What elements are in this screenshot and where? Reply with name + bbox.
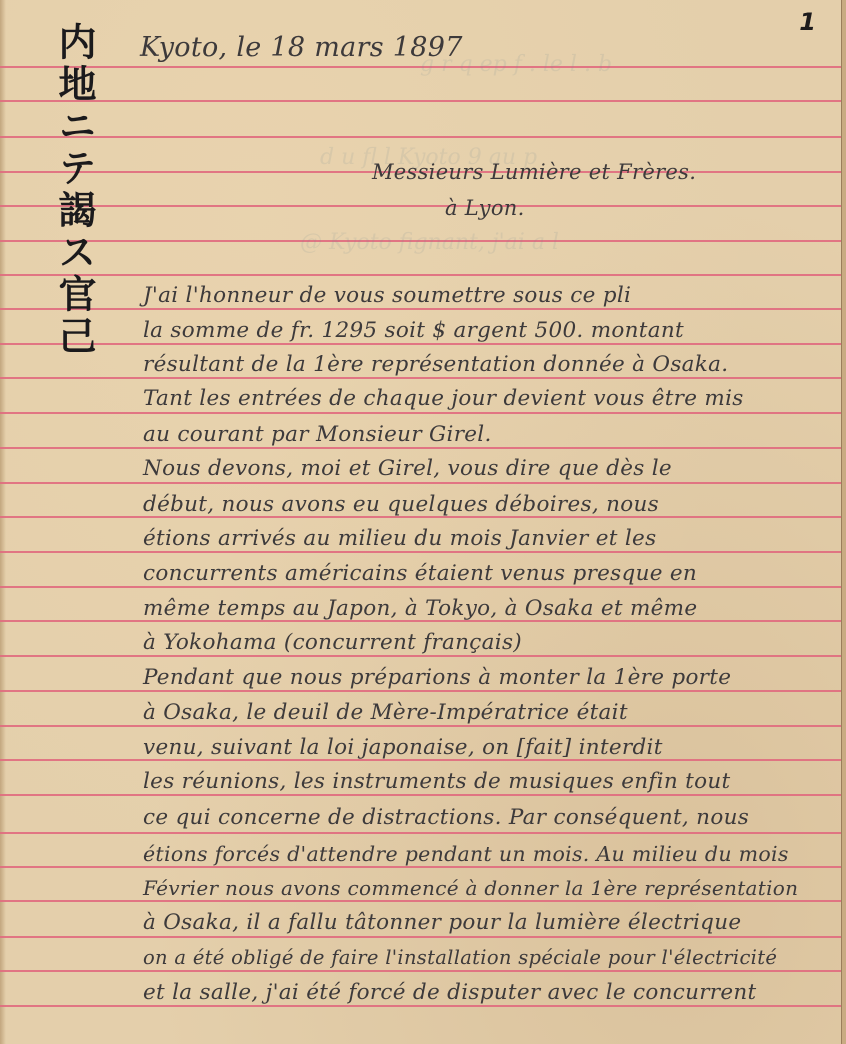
body-line: Pendant que nous préparions à monter la … [143, 665, 731, 690]
ruled-line [0, 1005, 842, 1007]
japanese-margin-annotation: 内地ニテ謁ス官己 [40, 22, 100, 358]
body-line: résultant de la 1ère représentation donn… [143, 352, 728, 377]
body-line: concurrents américains étaient venus pre… [143, 561, 697, 586]
ruled-line [0, 794, 842, 796]
body-line: à Osaka, le deuil de Mère-Impératrice ét… [143, 700, 628, 725]
body-line: étions arrivés au milieu du mois Janvier… [143, 526, 656, 551]
body-line: à Yokohama (concurrent français) [143, 630, 522, 655]
ruled-line [0, 308, 842, 310]
ruled-line [0, 447, 842, 449]
body-line: même temps au Japon, à Tokyo, à Osaka et… [143, 596, 697, 621]
body-line: étions forcés d'attendre pendant un mois… [143, 842, 789, 866]
body-line: Février nous avons commencé à donner la … [143, 876, 798, 900]
page-number: 1 [799, 8, 816, 36]
ruled-line [0, 725, 842, 727]
date-line: Kyoto, le 18 mars 1897 [140, 32, 463, 63]
body-line: et la salle, j'ai été forcé de disputer … [143, 980, 757, 1005]
ruled-line [0, 832, 842, 834]
ruled-line [0, 205, 842, 207]
body-line: on a été obligé de faire l'installation … [143, 946, 777, 969]
body-line: au courant par Monsieur Girel. [143, 422, 492, 447]
body-line: Tant les entrées de chaque jour devient … [143, 386, 744, 411]
body-line: la somme de fr. 1295 soit $ argent 500. … [143, 318, 684, 343]
bleed-through-text: @ Kyoto fignant, j'ai a l [300, 230, 559, 255]
ruled-line [0, 412, 842, 414]
ruled-line [0, 655, 842, 657]
ruled-line [0, 690, 842, 692]
body-line: Nous devons, moi et Girel, vous dire que… [143, 456, 672, 481]
addressee: Messieurs Lumière et Frères. [372, 160, 696, 184]
ruled-line [0, 551, 842, 553]
addressee-city: à Lyon. [445, 196, 525, 220]
letter-page: g r q ep f . le l . b d u fl l Kyoto 9 a… [0, 0, 846, 1044]
body-line: à Osaka, il a fallu tâtonner pour la lum… [143, 910, 741, 935]
body-line: début, nous avons eu quelques déboires, … [143, 492, 659, 517]
ruled-line [0, 586, 842, 588]
ruled-line [0, 100, 842, 102]
ruled-line [0, 970, 842, 972]
ruled-line [0, 136, 842, 138]
ruled-line [0, 274, 842, 276]
ruled-line [0, 936, 842, 938]
ruled-line [0, 343, 842, 345]
body-line: J'ai l'honneur de vous soumettre sous ce… [143, 283, 631, 308]
body-line: ce qui concerne de distractions. Par con… [143, 805, 749, 830]
body-line: venu, suivant la loi japonaise, on [fait… [143, 735, 663, 760]
ruled-line [0, 482, 842, 484]
ruled-line [0, 377, 842, 379]
ruled-line [0, 866, 842, 868]
body-line: les réunions, les instruments de musique… [143, 769, 730, 794]
ruled-line [0, 900, 842, 902]
